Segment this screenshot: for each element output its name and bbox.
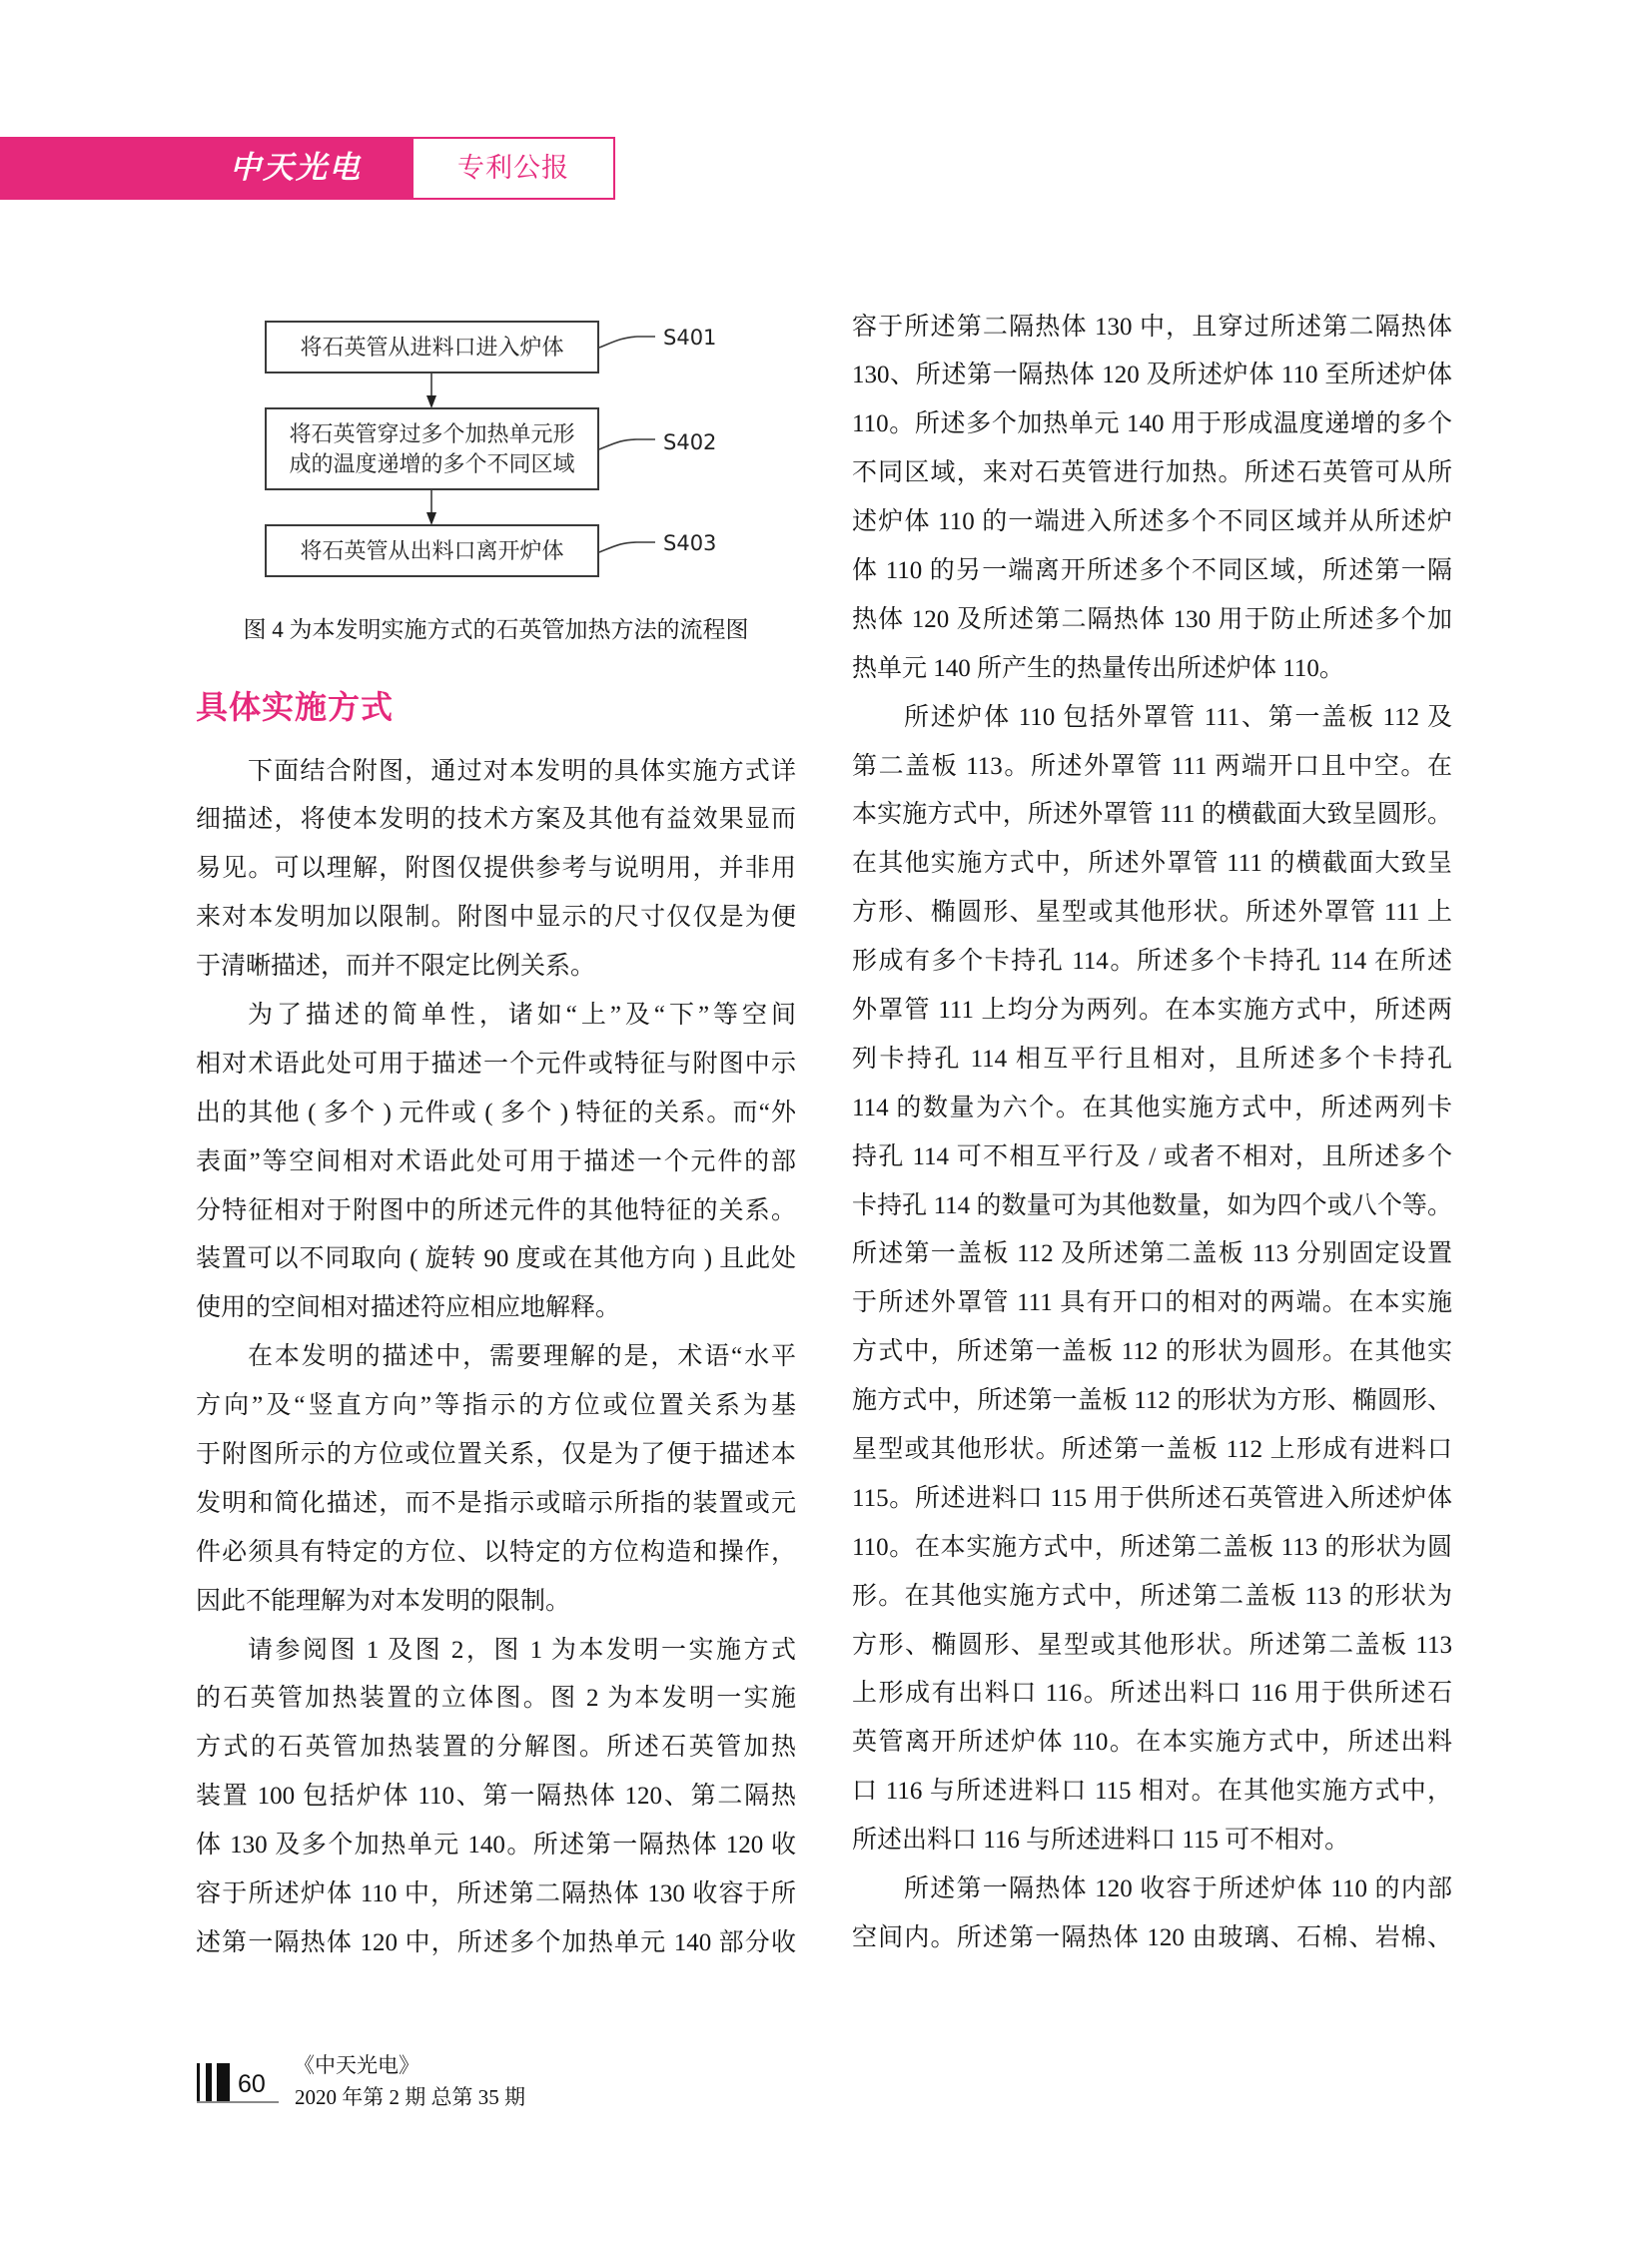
leader-line [599, 542, 655, 552]
page-marker-bar [206, 2063, 212, 2102]
flow-step-text: 将石英管从进料口进入炉体 [300, 333, 563, 363]
text-line: 使用的空间相对描述符应相应地解释。 [196, 1284, 796, 1333]
leader-line [599, 337, 655, 348]
text-line: 110。在本实施方式中，所述第二盖板 113 的形状为圆 [852, 1524, 1452, 1573]
flow-step-label: S401 [663, 325, 733, 351]
text-line: 不同区域，来对石英管进行加热。所述石英管可从所 [852, 449, 1452, 498]
figure-caption: 图 4 为本发明实施方式的石英管加热方法的流程图 [196, 613, 796, 647]
page-marker-bar [217, 2063, 230, 2102]
text-line: 述第一隔热体 120 中，所述多个加热单元 140 部分收 [196, 1919, 796, 1968]
flow-step-label: S402 [663, 429, 733, 455]
text-line: 容于所述炉体 110 中，所述第二隔热体 130 收容于所 [196, 1870, 796, 1919]
section-heading: 具体实施方式 [196, 686, 595, 728]
text-line: 所述炉体 110 包括外罩管 111、第一盖板 112 及 [852, 694, 1452, 743]
text-line: 分特征相对于附图中的所述元件的其他特征的关系。 [196, 1187, 796, 1236]
text-line: 方形、椭圆形、星型或其他形状。所述第二盖板 113 [852, 1622, 1452, 1671]
issue-info: 2020 年第 2 期 总第 35 期 [295, 2083, 525, 2111]
paragraph: 所述第一隔热体 120 收容于所述炉体 110 的内部 空间内。所述第一隔热体 … [852, 1866, 1452, 1963]
text-line: 发明和简化描述，而不是指示或暗示所指的装置或元 [196, 1480, 796, 1529]
flow-step-box: 将石英管穿过多个加热单元形 成的温度递增的多个不同区域 [265, 407, 599, 490]
text-line: 表面”等空间相对术语此处可用于描述一个元件的部 [196, 1138, 796, 1187]
text-line: 空间内。所述第一隔热体 120 由玻璃、石棉、岩棉、 [852, 1914, 1452, 1963]
text-line: 因此不能理解为对本发明的限制。 [196, 1578, 796, 1627]
text-line: 方式中，所述第一盖板 112 的形状为圆形。在其他实 [852, 1328, 1452, 1377]
text-line: 115。所述进料口 115 用于供所述石英管进入所述炉体 [852, 1475, 1452, 1524]
text-line: 施方式中，所述第一盖板 112 的形状为方形、椭圆形、 [852, 1377, 1452, 1426]
text-line: 在其他实施方式中，所述外罩管 111 的横截面大致呈 [852, 840, 1452, 889]
text-line: 装置 100 包括炉体 110、第一隔热体 120、第二隔热 [196, 1773, 796, 1822]
brand-logo: 中天光电 [226, 137, 366, 200]
paragraph: 为了描述的简单性，诸如“上”及“下”等空间 相对术语此处可用于描述一个元件或特征… [196, 992, 796, 1333]
text-line: 方向”及“竖直方向”等指示的方位或位置关系为基 [196, 1382, 796, 1431]
text-line: 体 130 及多个加热单元 140。所述第一隔热体 120 收 [196, 1822, 796, 1870]
paragraph: 下面结合附图，通过对本发明的具体实施方式详 细描述，将使本发明的技术方案及其他有… [196, 748, 796, 992]
text-line: 所述出料口 116 与所述进料口 115 可不相对。 [852, 1817, 1452, 1866]
paragraph: 容于所述第二隔热体 130 中，且穿过所述第二隔热体 130、所述第一隔热体 1… [852, 304, 1452, 694]
text-line: 容于所述第二隔热体 130 中，且穿过所述第二隔热体 [852, 304, 1452, 353]
text-line: 易见。可以理解，附图仅提供参考与说明用，并非用 [196, 845, 796, 894]
flow-step-box: 将石英管从进料口进入炉体 [265, 321, 599, 373]
paragraph: 所述炉体 110 包括外罩管 111、第一盖板 112 及 第二盖板 113。所… [852, 694, 1452, 1866]
text-line: 为了描述的简单性，诸如“上”及“下”等空间 [196, 992, 796, 1041]
text-line: 形成有多个卡持孔 114。所述多个卡持孔 114 在所述 [852, 938, 1452, 987]
text-line: 130、所述第一隔热体 120 及所述炉体 110 至所述炉体 [852, 352, 1452, 400]
page-number: 60 [238, 2067, 266, 2101]
flow-step-text: 成的温度递增的多个不同区域 [289, 449, 574, 479]
text-line: 请参阅图 1 及图 2，图 1 为本发明一实施方式 [196, 1627, 796, 1676]
flow-step-text: 将石英管从出料口离开炉体 [300, 536, 563, 566]
text-line: 于所述外罩管 111 具有开口的相对的两端。在本实施 [852, 1279, 1452, 1328]
paragraph: 在本发明的描述中，需要理解的是，术语“水平 方向”及“竖直方向”等指示的方位或位… [196, 1333, 796, 1626]
text-line: 形。在其他实施方式中，所述第二盖板 113 的形状为 [852, 1573, 1452, 1622]
text-line: 英管离开所述炉体 110。在本实施方式中，所述出料 [852, 1719, 1452, 1768]
text-line: 列卡持孔 114 相互平行且相对，且所述多个卡持孔 [852, 1036, 1452, 1085]
text-line: 所述第一盖板 112 及所述第二盖板 113 分别固定设置 [852, 1230, 1452, 1279]
text-line: 来对本发明加以限制。附图中显示的尺寸仅仅是为便 [196, 894, 796, 943]
text-line: 方式的石英管加热装置的分解图。所述石英管加热 [196, 1724, 796, 1773]
text-line: 体 110 的另一端离开所述多个不同区域，所述第一隔 [852, 547, 1452, 596]
text-line: 110。所述多个加热单元 140 用于形成温度递增的多个 [852, 400, 1452, 449]
left-text-column: 下面结合附图，通过对本发明的具体实施方式详 细描述，将使本发明的技术方案及其他有… [196, 748, 796, 1968]
text-line: 件必须具有特定的方位、以特定的方位构造和操作， [196, 1529, 796, 1578]
text-line: 细描述，将使本发明的技术方案及其他有益效果显而 [196, 796, 796, 845]
text-line: 在本发明的描述中，需要理解的是，术语“水平 [196, 1333, 796, 1382]
footer-rule [197, 2101, 279, 2103]
text-line: 本实施方式中，所述外罩管 111 的横截面大致呈圆形。 [852, 791, 1452, 840]
text-line: 第二盖板 113。所述外罩管 111 两端开口且中空。在 [852, 743, 1452, 792]
page-marker-bar [197, 2063, 200, 2102]
paragraph: 请参阅图 1 及图 2，图 1 为本发明一实施方式 的石英管加热装置的立体图。图… [196, 1627, 796, 1968]
text-line: 所述第一隔热体 120 收容于所述炉体 110 的内部 [852, 1866, 1452, 1914]
text-line: 口 116 与所述进料口 115 相对。在其他实施方式中， [852, 1768, 1452, 1817]
text-line: 114 的数量为六个。在其他实施方式中，所述两列卡 [852, 1085, 1452, 1133]
text-line: 装置可以不同取向 ( 旋转 90 度或在其他方向 ) 且此处 [196, 1235, 796, 1284]
text-line: 出的其他 ( 多个 ) 元件或 ( 多个 ) 特征的关系。而“外 [196, 1090, 796, 1138]
text-line: 卡持孔 114 的数量可为其他数量，如为四个或八个等。 [852, 1182, 1452, 1231]
text-line: 下面结合附图，通过对本发明的具体实施方式详 [196, 748, 796, 797]
flow-step-box: 将石英管从出料口离开炉体 [265, 524, 599, 577]
text-line: 相对术语此处可用于描述一个元件或特征与附图中示 [196, 1041, 796, 1090]
text-line: 的石英管加热装置的立体图。图 2 为本发明一实施 [196, 1675, 796, 1724]
text-line: 方形、椭圆形、星型或其他形状。所述外罩管 111 上 [852, 889, 1452, 938]
flow-step-label: S403 [663, 530, 733, 556]
leader-line [599, 439, 655, 449]
section-label: 专利公报 [412, 137, 615, 200]
text-line: 持孔 114 可不相互平行及 / 或者不相对，且所述多个 [852, 1133, 1452, 1182]
text-line: 述炉体 110 的一端进入所述多个不同区域并从所述炉 [852, 498, 1452, 547]
text-line: 星型或其他形状。所述第一盖板 112 上形成有进料口 [852, 1426, 1452, 1475]
text-line: 热体 120 及所述第二隔热体 130 用于防止所述多个加 [852, 596, 1452, 645]
journal-name: 《中天光电》 [294, 2051, 419, 2079]
text-line: 上形成有出料口 116。所述出料口 116 用于供所述石 [852, 1670, 1452, 1719]
text-line: 于清晰描述，而并不限定比例关系。 [196, 943, 796, 992]
flow-step-text: 将石英管穿过多个加热单元形 [289, 419, 574, 449]
text-line: 外罩管 111 上均分为两列。在本实施方式中，所述两 [852, 987, 1452, 1036]
text-line: 于附图所示的方位或位置关系，仅是为了便于描述本 [196, 1431, 796, 1480]
text-line: 热单元 140 所产生的热量传出所述炉体 110。 [852, 645, 1452, 694]
right-text-column: 容于所述第二隔热体 130 中，且穿过所述第二隔热体 130、所述第一隔热体 1… [852, 304, 1452, 1963]
